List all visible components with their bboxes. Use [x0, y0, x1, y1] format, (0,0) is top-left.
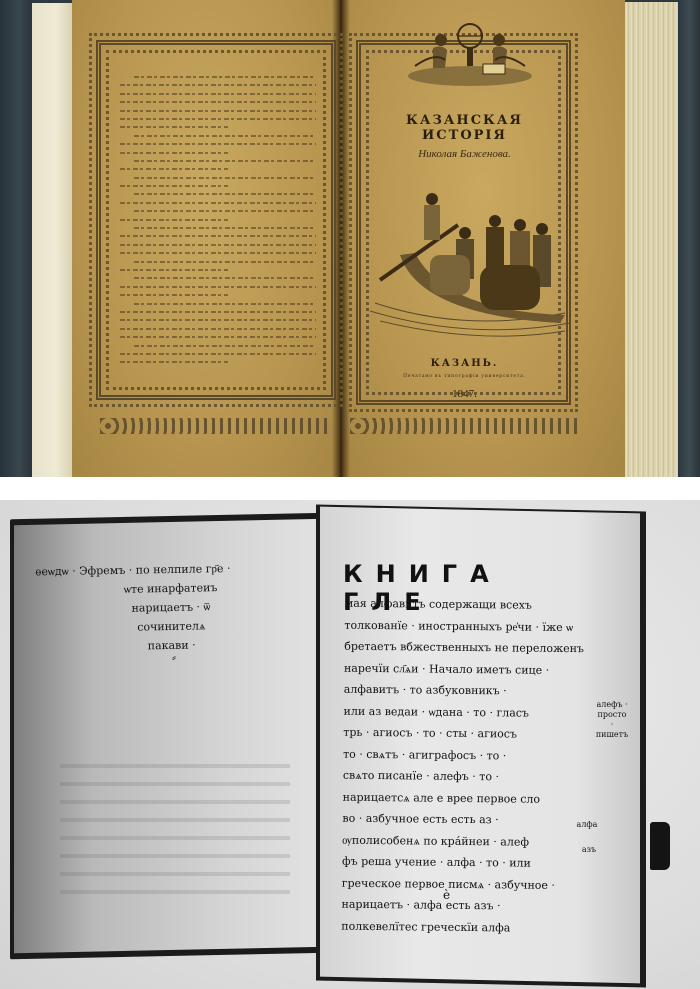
book-cover-left	[0, 0, 32, 477]
book-title: КАЗАНСКАЯ ИСТОРІЯ	[362, 113, 567, 143]
signature-mark-right: ѐ	[443, 888, 450, 902]
manuscript-right-line: греческое первое писмѧ · азбучное ·	[342, 872, 592, 896]
globe-cherubs-vignette-icon	[405, 18, 535, 88]
imprint-city: КАЗАНЬ.	[362, 358, 567, 369]
imprint-press: Печатано въ типографіи университета.	[362, 374, 567, 379]
manuscript-right-line: нарицаетъ · алфа есть азъ ·	[341, 894, 591, 918]
manuscript-right-text: мая алфавитъ содержащи всехъ толкованїе …	[341, 593, 595, 940]
manuscript-right-line: трь · агиосъ · то · сты · агиосъ	[343, 722, 593, 746]
manuscript-right-line: алфавитъ · то азбуковникъ ·	[344, 679, 594, 703]
boat-illustration-icon	[370, 185, 570, 340]
manuscript-right-line: свѧто писанїе · алефъ · то ·	[343, 765, 593, 789]
manuscript-right-line: фъ реша учение · алфа · то · или	[342, 851, 592, 875]
manuscript-right-line: толкованїе · иностранныхъ ре҆чи · їже ѡ	[344, 614, 594, 638]
manuscript-right-line: то · свѧтъ · агиграфосъ · то ·	[343, 743, 593, 767]
signature-mark-left: ⸗	[172, 650, 176, 665]
marginal-note: алфа	[570, 820, 604, 830]
book-author: Николая Баженова.	[362, 148, 567, 160]
printed-book-photo: КАЗАНСКАЯ ИСТОРІЯ Николая Баженова. КАЗА…	[0, 0, 700, 477]
manuscript-right-line: ѹполисобенѧ по кра́йнеи · алеф	[342, 829, 592, 853]
manuscript-right-line: бретаетъ вбжественныхъ не переложенъ	[344, 636, 594, 660]
ornament-band-right	[350, 418, 578, 434]
printed-body-text	[120, 73, 316, 373]
manuscript-right-line: наречїи сл҃ѧи · Начало иметъ сице ·	[344, 657, 594, 681]
manuscript-right-line: полкевелїтес греческїи алфа	[341, 915, 591, 939]
manuscript-left-text: ѳеѡдѡ · Эфремъ · по нелпиле гр҃е · ѡте и…	[35, 558, 307, 658]
page-edges-left	[32, 3, 72, 477]
manuscript-bookmark-tab	[650, 822, 670, 870]
page-edges-right	[625, 2, 678, 477]
marginal-note: азъ	[572, 845, 606, 855]
manuscript-right-line: во · азбучное есть есть аз ·	[342, 808, 592, 832]
bleed-through-text	[60, 750, 290, 900]
ornament-band-left	[100, 418, 332, 434]
manuscript-right-line: мая алфавитъ содержащи всехъ	[345, 593, 595, 617]
manuscript-right-line: нарицаетсѧ але е врее первое сло	[343, 786, 593, 810]
imprint-year: 1847.	[362, 388, 567, 400]
manuscript-right-line: или аз ведаи · ѡдана · то · гласъ	[343, 700, 593, 724]
book-cover-right	[678, 0, 700, 477]
marginal-note: алефъ · просто · пишетъ	[595, 700, 629, 740]
manuscript-photo: ѳеѡдѡ · Эфремъ · по нелпиле гр҃е · ѡте и…	[0, 500, 700, 989]
